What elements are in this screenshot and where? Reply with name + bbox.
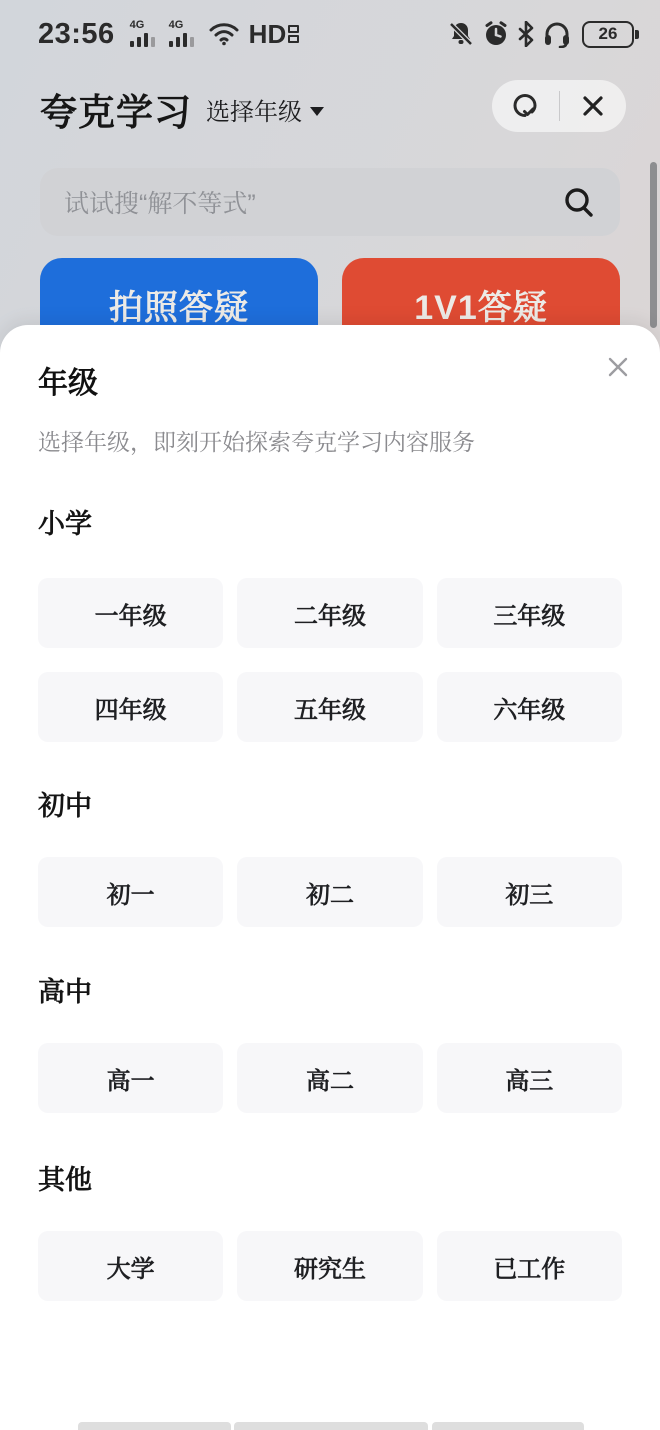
- grade-button-grade6[interactable]: 六年级: [437, 672, 622, 742]
- sheet-title: 年级: [38, 365, 622, 403]
- grade-button-junior1[interactable]: 初一: [38, 857, 223, 927]
- wifi-icon: [208, 22, 240, 46]
- sheet-close-button[interactable]: [600, 349, 636, 385]
- section-heading-junior: 初中: [38, 789, 622, 823]
- grade-button-senior2[interactable]: 高二: [237, 1043, 422, 1113]
- page-scrollbar[interactable]: [650, 162, 657, 328]
- search-placeholder: 试试搜“解不等式”: [64, 184, 256, 220]
- grade-button-grade2[interactable]: 二年级: [237, 578, 422, 648]
- grade-button-postgraduate[interactable]: 研究生: [237, 1231, 422, 1301]
- grade-button-junior3[interactable]: 初三: [437, 857, 622, 927]
- section-heading-other: 其他: [38, 1163, 622, 1197]
- app-title: 夸克学习: [40, 82, 192, 136]
- grade-button-grade1[interactable]: 一年级: [38, 578, 223, 648]
- grade-grid-other: 大学 研究生 已工作: [38, 1231, 622, 1301]
- grade-grid-junior: 初一 初二 初三: [38, 857, 622, 927]
- miniapp-capsule: [492, 80, 626, 132]
- grade-button-grade5[interactable]: 五年级: [237, 672, 422, 742]
- grade-button-senior1[interactable]: 高一: [38, 1043, 223, 1113]
- search-input[interactable]: 试试搜“解不等式”: [40, 168, 620, 236]
- app-header: 夸克学习 选择年级: [0, 80, 660, 136]
- refresh-check-icon: [510, 91, 540, 121]
- search-icon[interactable]: [562, 185, 596, 219]
- grade-grid-primary: 一年级 二年级 三年级 四年级 五年级 六年级: [38, 578, 622, 742]
- grade-selector-label: 选择年级: [206, 92, 302, 127]
- stub-button-2: [234, 1422, 428, 1430]
- status-bar: 23:56 4G 4G HD: [0, 12, 660, 56]
- grade-picker-sheet: 年级 选择年级，即刻开始探索夸克学习内容服务 小学 一年级 二年级 三年级 四年…: [0, 325, 660, 1430]
- battery-icon: 26: [582, 21, 634, 48]
- section-heading-senior: 高中: [38, 975, 622, 1009]
- headset-icon: [543, 21, 571, 48]
- grade-button-grade3[interactable]: 三年级: [437, 578, 622, 648]
- chevron-down-icon: [310, 107, 324, 116]
- grade-selector-dropdown[interactable]: 选择年级: [206, 92, 324, 127]
- grade-button-university[interactable]: 大学: [38, 1231, 223, 1301]
- cellular-signal-icon-2: 4G: [169, 21, 199, 47]
- alarm-clock-icon: [483, 21, 509, 47]
- grade-button-working[interactable]: 已工作: [437, 1231, 622, 1301]
- sheet-subtitle: 选择年级，即刻开始探索夸克学习内容服务: [38, 427, 622, 457]
- grade-button-senior3[interactable]: 高三: [437, 1043, 622, 1113]
- hd-volte-icon: HD: [249, 19, 300, 50]
- close-miniapp-button[interactable]: [560, 80, 627, 132]
- mute-bell-icon: [448, 21, 474, 47]
- bluetooth-icon: [518, 21, 534, 47]
- section-heading-primary: 小学: [38, 507, 622, 541]
- grade-button-junior2[interactable]: 初二: [237, 857, 422, 927]
- clock-time: 23:56: [38, 18, 115, 51]
- cellular-signal-icon: 4G: [130, 21, 160, 47]
- screen: 23:56 4G 4G HD: [0, 0, 660, 1430]
- bottom-button-stubs: [0, 1422, 660, 1430]
- close-icon: [581, 94, 605, 118]
- close-icon: [607, 356, 629, 378]
- stub-button-1: [78, 1422, 231, 1430]
- stub-button-3: [432, 1422, 584, 1430]
- grade-grid-senior: 高一 高二 高三: [38, 1043, 622, 1113]
- restart-button[interactable]: [492, 80, 559, 132]
- grade-button-grade4[interactable]: 四年级: [38, 672, 223, 742]
